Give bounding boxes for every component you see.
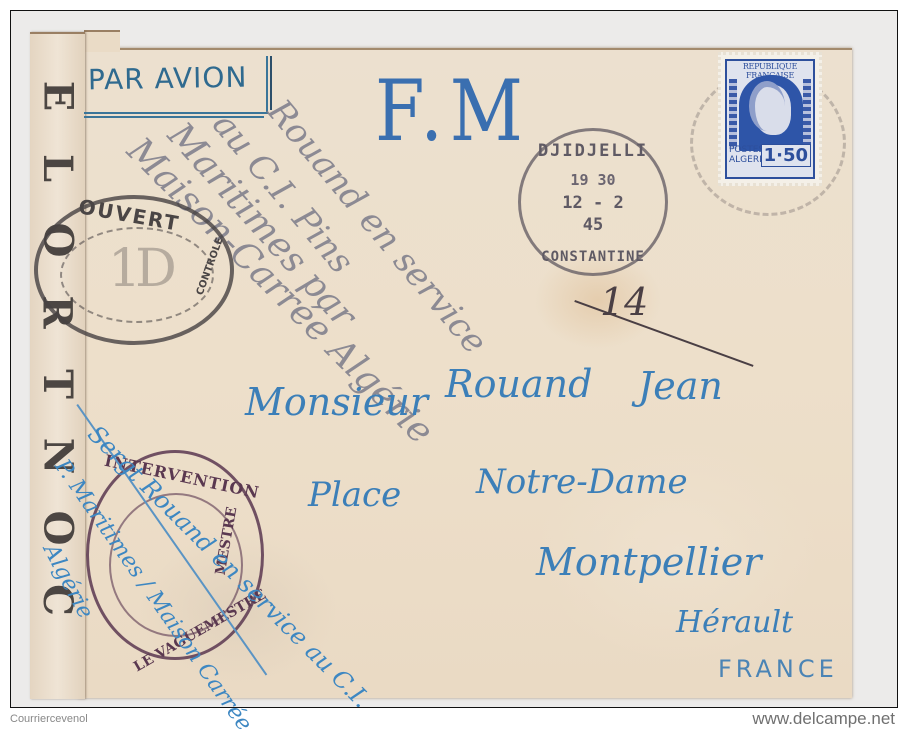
postage-stamp: REPUBLIQUE FRANÇAISE POSTES ALGERIE 1·50 bbox=[718, 52, 822, 186]
postmark-date: 12 - 2 bbox=[521, 193, 665, 213]
censor-strip-fold bbox=[84, 30, 120, 52]
address-salutation: Monsieur bbox=[245, 380, 428, 424]
cachet-center-text: 1D bbox=[108, 239, 171, 299]
address-street-1: Place bbox=[308, 475, 401, 515]
censor-letter: L bbox=[21, 154, 93, 182]
postmark-year: 45 bbox=[521, 215, 665, 235]
palm-icon bbox=[803, 79, 811, 149]
airmail-label: PAR AVION bbox=[88, 61, 248, 97]
franchise-militaire-mark: F.M bbox=[375, 62, 530, 160]
postmark-time: 19 30 bbox=[521, 171, 665, 189]
ouvert-censor-cachet: OUVERT 1D CONTROLE bbox=[34, 195, 234, 345]
seller-name: Courriercevenol bbox=[10, 713, 88, 725]
laurel-icon bbox=[749, 81, 785, 131]
address-given-name: Jean bbox=[638, 364, 723, 408]
airmail-bar bbox=[270, 56, 272, 110]
address-surname: Rouand bbox=[445, 362, 592, 406]
address-department: Hérault bbox=[676, 605, 793, 640]
censor-letter: T bbox=[21, 369, 93, 399]
postmark-region: CONSTANTINE bbox=[521, 249, 665, 265]
censor-letter: E bbox=[21, 81, 93, 112]
stamp-value: 1·50 bbox=[761, 144, 811, 167]
address-street-2: Notre-Dame bbox=[476, 462, 688, 502]
marianne-portrait-icon bbox=[739, 75, 803, 151]
palm-icon bbox=[729, 79, 737, 149]
address-city: Montpellier bbox=[536, 540, 761, 584]
postmark: DJIDJELLI 19 30 12 - 2 45 CONSTANTINE bbox=[518, 128, 668, 276]
stamp-design: REPUBLIQUE FRANÇAISE POSTES ALGERIE 1·50 bbox=[725, 59, 815, 179]
postmark-town: DJIDJELLI bbox=[521, 141, 665, 161]
address-country: FRANCE bbox=[718, 655, 838, 683]
site-watermark: www.delcampe.net bbox=[752, 709, 895, 729]
reference-number: 14 bbox=[600, 280, 648, 324]
